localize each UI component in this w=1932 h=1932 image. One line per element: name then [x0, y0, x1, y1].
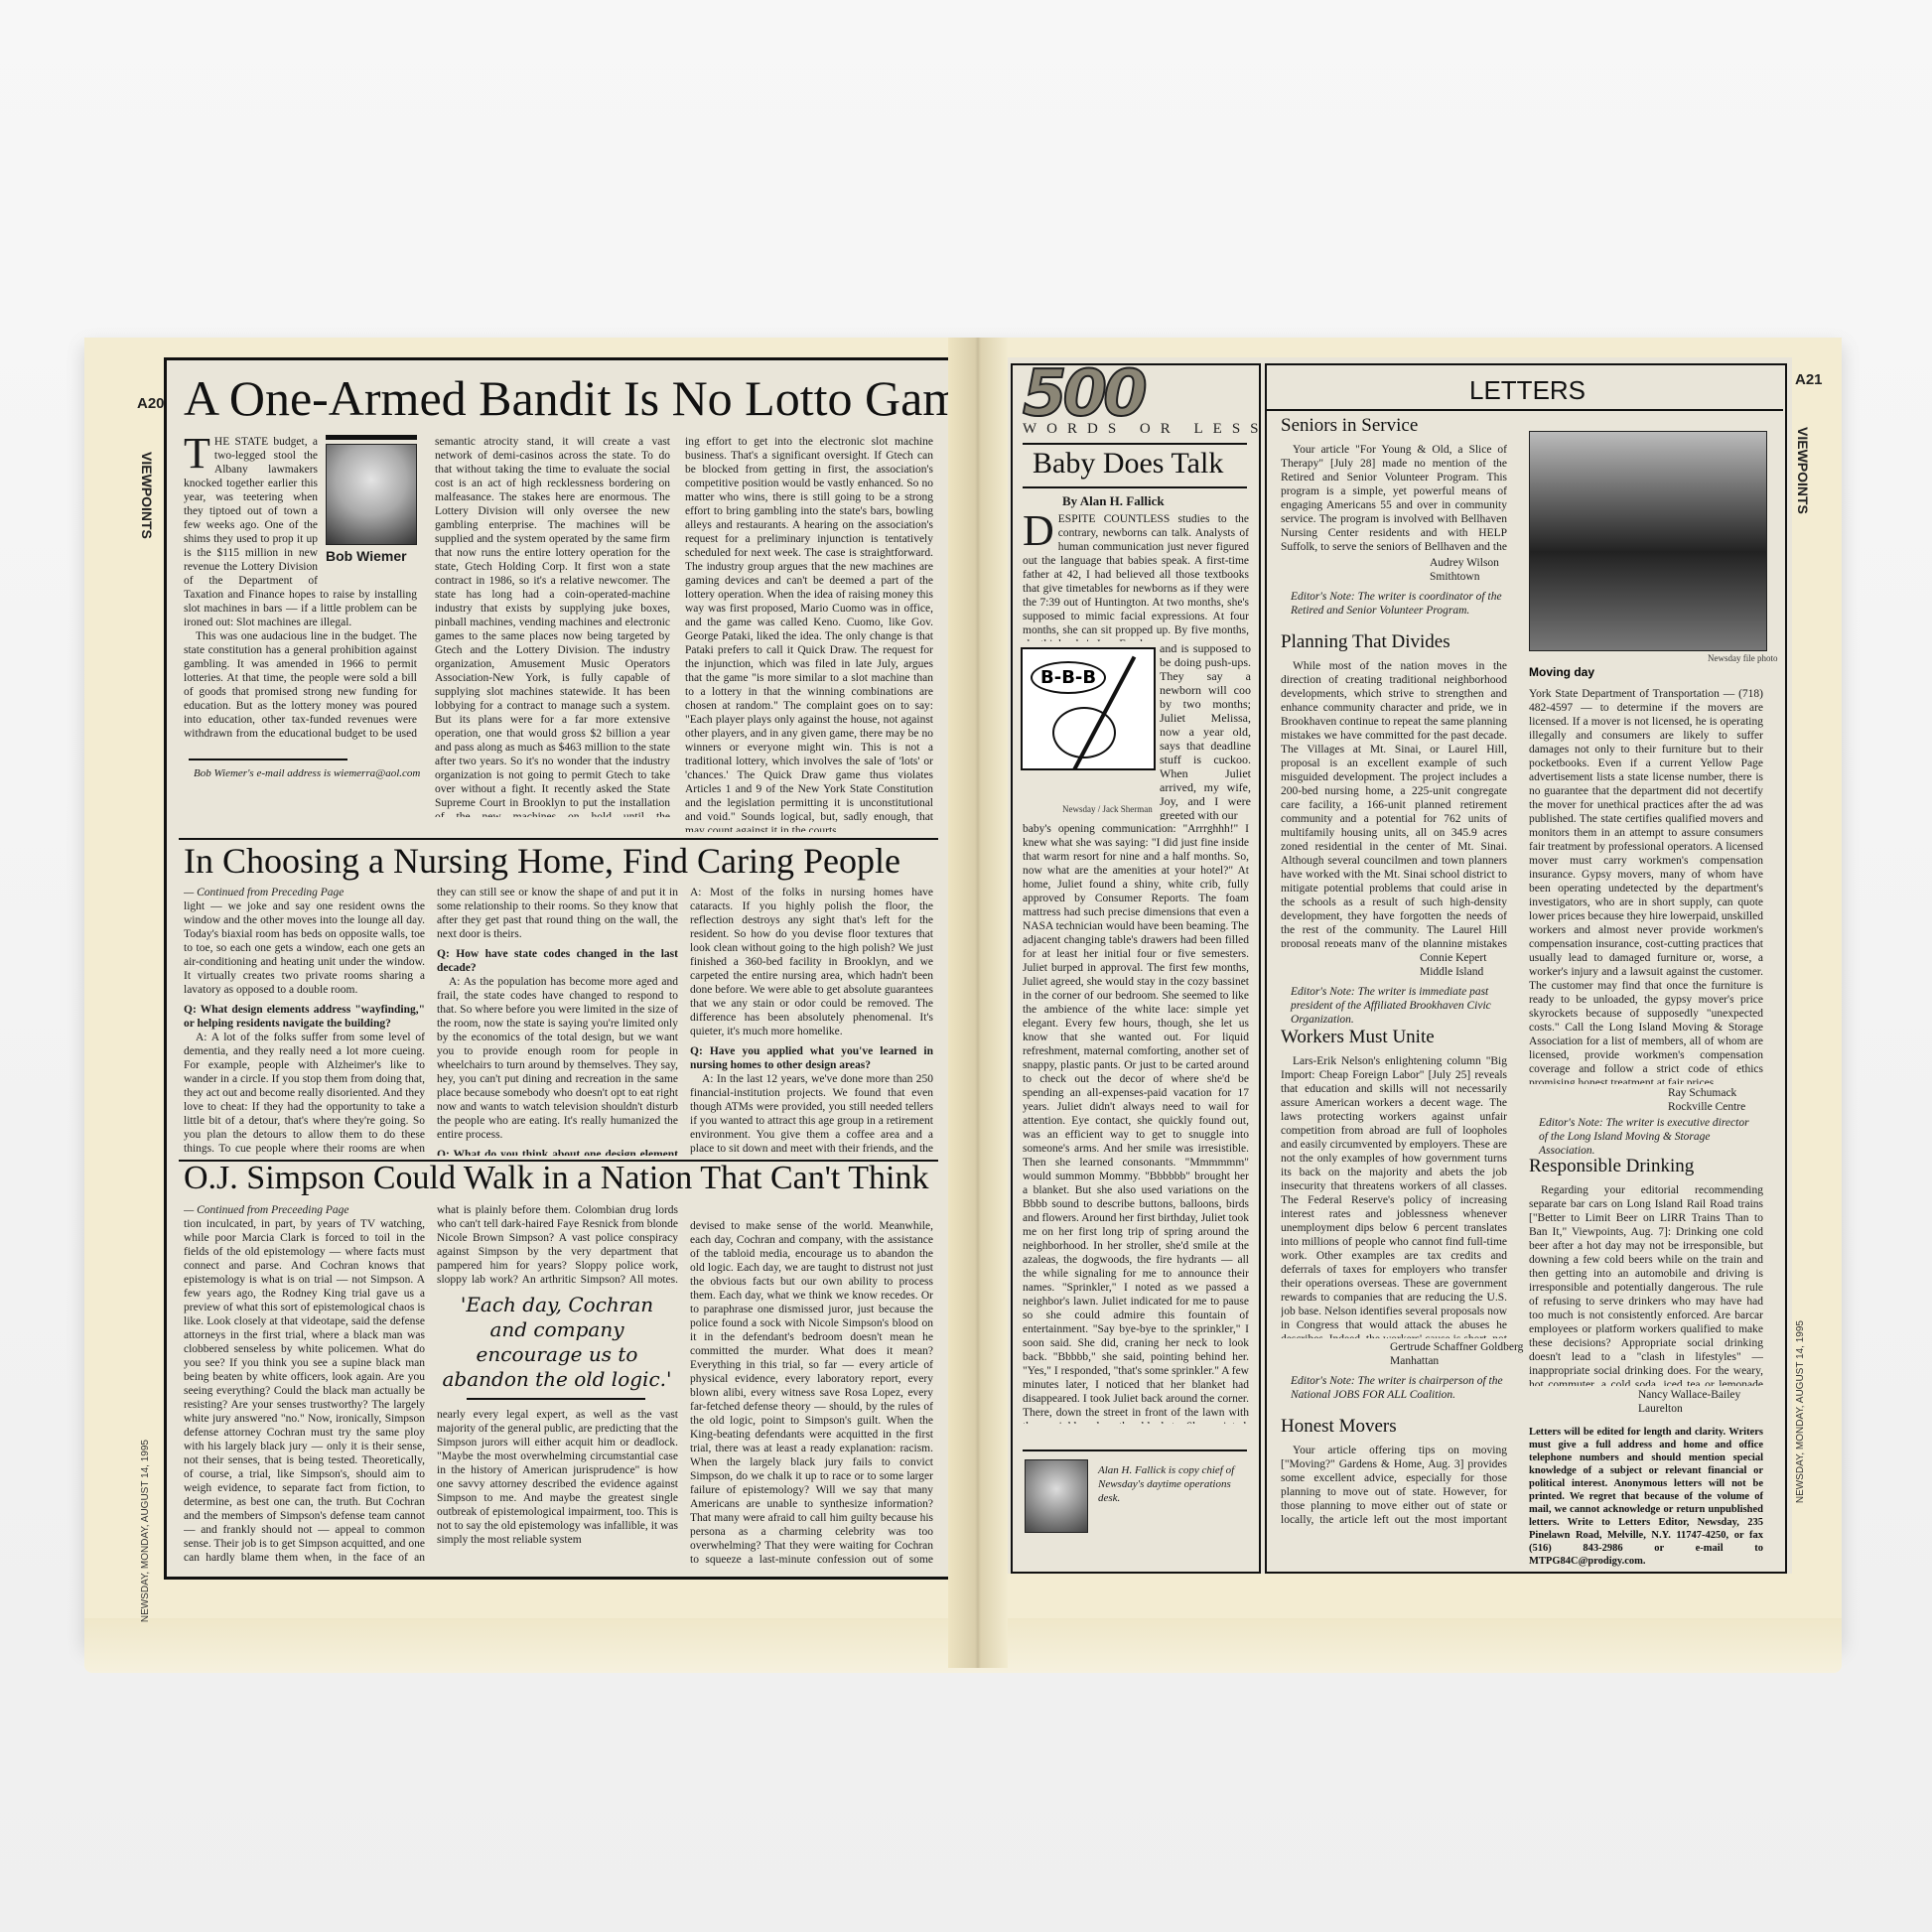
moving-day-photo [1529, 431, 1767, 651]
letter-body: While most of the nation moves in the di… [1281, 659, 1507, 947]
simpson-column-1: — Continued from Preceeding Page tion in… [184, 1203, 425, 1567]
logo-tagline: WORDS OR LESS [1023, 421, 1269, 438]
feature-beside-cartoon: and is supposed to be doing push-ups. Th… [1160, 641, 1251, 820]
letters-policy: Letters will be edited for length and cl… [1529, 1426, 1763, 1568]
letter-signature: Ray SchumackRockville Centre [1668, 1086, 1745, 1114]
editor-note: Editor's Note: The writer is chairperson… [1291, 1374, 1504, 1402]
cartoon-credit: Newsday / Jack Sherman [1062, 804, 1153, 814]
lead-paragraph: This was one audacious line in the budge… [184, 629, 417, 743]
editor-note: Editor's Note: The writer is immediate p… [1291, 985, 1504, 1027]
photo-credit: Newsday file photo [1708, 653, 1777, 663]
divider [189, 759, 347, 760]
cartoon-illustration: B-B-B [1021, 647, 1156, 770]
simpson-column-2-top: what is plainly before them. Colombian d… [437, 1203, 678, 1289]
letter-heading: Honest Movers [1281, 1416, 1397, 1438]
letter-body: Your article offering tips on moving ["M… [1281, 1444, 1507, 1529]
lead-column-3: ing effort to get into the electronic sl… [685, 435, 933, 832]
left-dateline: NEWSDAY, MONDAY, AUGUST 14, 1995 [140, 1440, 151, 1622]
dropcap: T [184, 435, 210, 473]
divider [1023, 443, 1247, 445]
letter-signature: Gertrude Schaffner GoldbergManhattan [1390, 1340, 1523, 1368]
right-folio: A21 [1795, 371, 1823, 388]
nursing-column-1: — Continued from Preceding Page light — … [184, 886, 425, 1156]
simpson-column-3: devised to make sense of the world. Mean… [690, 1219, 933, 1567]
photo-caption: Moving day [1529, 665, 1594, 679]
simpson-headline: O.J. Simpson Could Walk in a Nation That… [184, 1160, 928, 1197]
speech-bubble: B-B-B [1031, 661, 1106, 694]
letter-signature: Nancy Wallace-BaileyLaurelton [1638, 1388, 1740, 1416]
feature-body: baby's opening communication: "Arrrghhh!… [1023, 822, 1249, 1424]
500-logo: 500 [1023, 357, 1144, 431]
letter-heading: Responsible Drinking [1529, 1156, 1694, 1177]
lead-column-2: semantic atrocity stand, it will create … [435, 435, 670, 817]
divider [1023, 1449, 1247, 1451]
feature-byline: By Alan H. Fallick [1062, 494, 1165, 508]
letter-body: Lars-Erik Nelson's enlightening column "… [1281, 1054, 1507, 1338]
letter-continuation: York State Department of Transportation … [1529, 687, 1763, 1084]
letter-body: Your article "For Young & Old, a Slice o… [1281, 443, 1507, 554]
columnist-name: Bob Wiemer [326, 549, 417, 564]
letter-signature: Audrey WilsonSmithtown [1430, 556, 1499, 584]
letter-body: Regarding your editorial recommending se… [1529, 1183, 1763, 1386]
author-bio: Alan H. Fallick is copy chief of Newsday… [1098, 1463, 1237, 1505]
columnist-photo [326, 444, 417, 545]
letter-signature: Connie KepertMiddle Island [1420, 951, 1486, 979]
nursing-column-3: A: Most of the folks in nursing homes ha… [690, 886, 933, 1156]
letter-heading: Workers Must Unite [1281, 1027, 1435, 1048]
pull-quote: 'Each day, Cochran and company encourage… [439, 1293, 675, 1392]
feature-headline: Baby Does Talk [1033, 447, 1223, 481]
simpson-column-2-bottom: nearly every legal expert, as well as th… [437, 1408, 678, 1567]
left-folio: A20 [137, 395, 165, 412]
divider [1023, 486, 1247, 488]
right-dateline: NEWSDAY, MONDAY, AUGUST 14, 1995 [1795, 1320, 1806, 1503]
columnist-box: Bob Wiemer [326, 435, 417, 584]
feature-intro: D ESPITE COUNTLESS studies to the contra… [1023, 512, 1249, 641]
lead-headline: A One-Armed Bandit Is No Lotto Game [184, 369, 983, 427]
letter-heading: Planning That Divides [1281, 631, 1450, 653]
right-section-label: VIEWPOINTS [1795, 427, 1811, 514]
author-photo [1025, 1459, 1088, 1533]
pullquote-rule [467, 1398, 645, 1400]
lead-column-1: Bob Wiemer T HE STATE budget, a two-legg… [184, 435, 417, 743]
letter-heading: Seniors in Service [1281, 415, 1418, 437]
columnist-email-note: Bob Wiemer's e-mail address is wiemerra@… [194, 766, 422, 780]
center-fold [948, 338, 1008, 1668]
nursing-headline: In Choosing a Nursing Home, Find Caring … [184, 840, 900, 882]
divider [1267, 409, 1783, 411]
nursing-column-2: they can still see or know the shape of … [437, 886, 678, 1156]
editor-note: Editor's Note: The writer is executive d… [1539, 1116, 1757, 1158]
left-section-label: VIEWPOINTS [139, 452, 155, 539]
letters-banner: LETTERS [1469, 375, 1586, 406]
editor-note: Editor's Note: The writer is coordinator… [1291, 590, 1504, 618]
